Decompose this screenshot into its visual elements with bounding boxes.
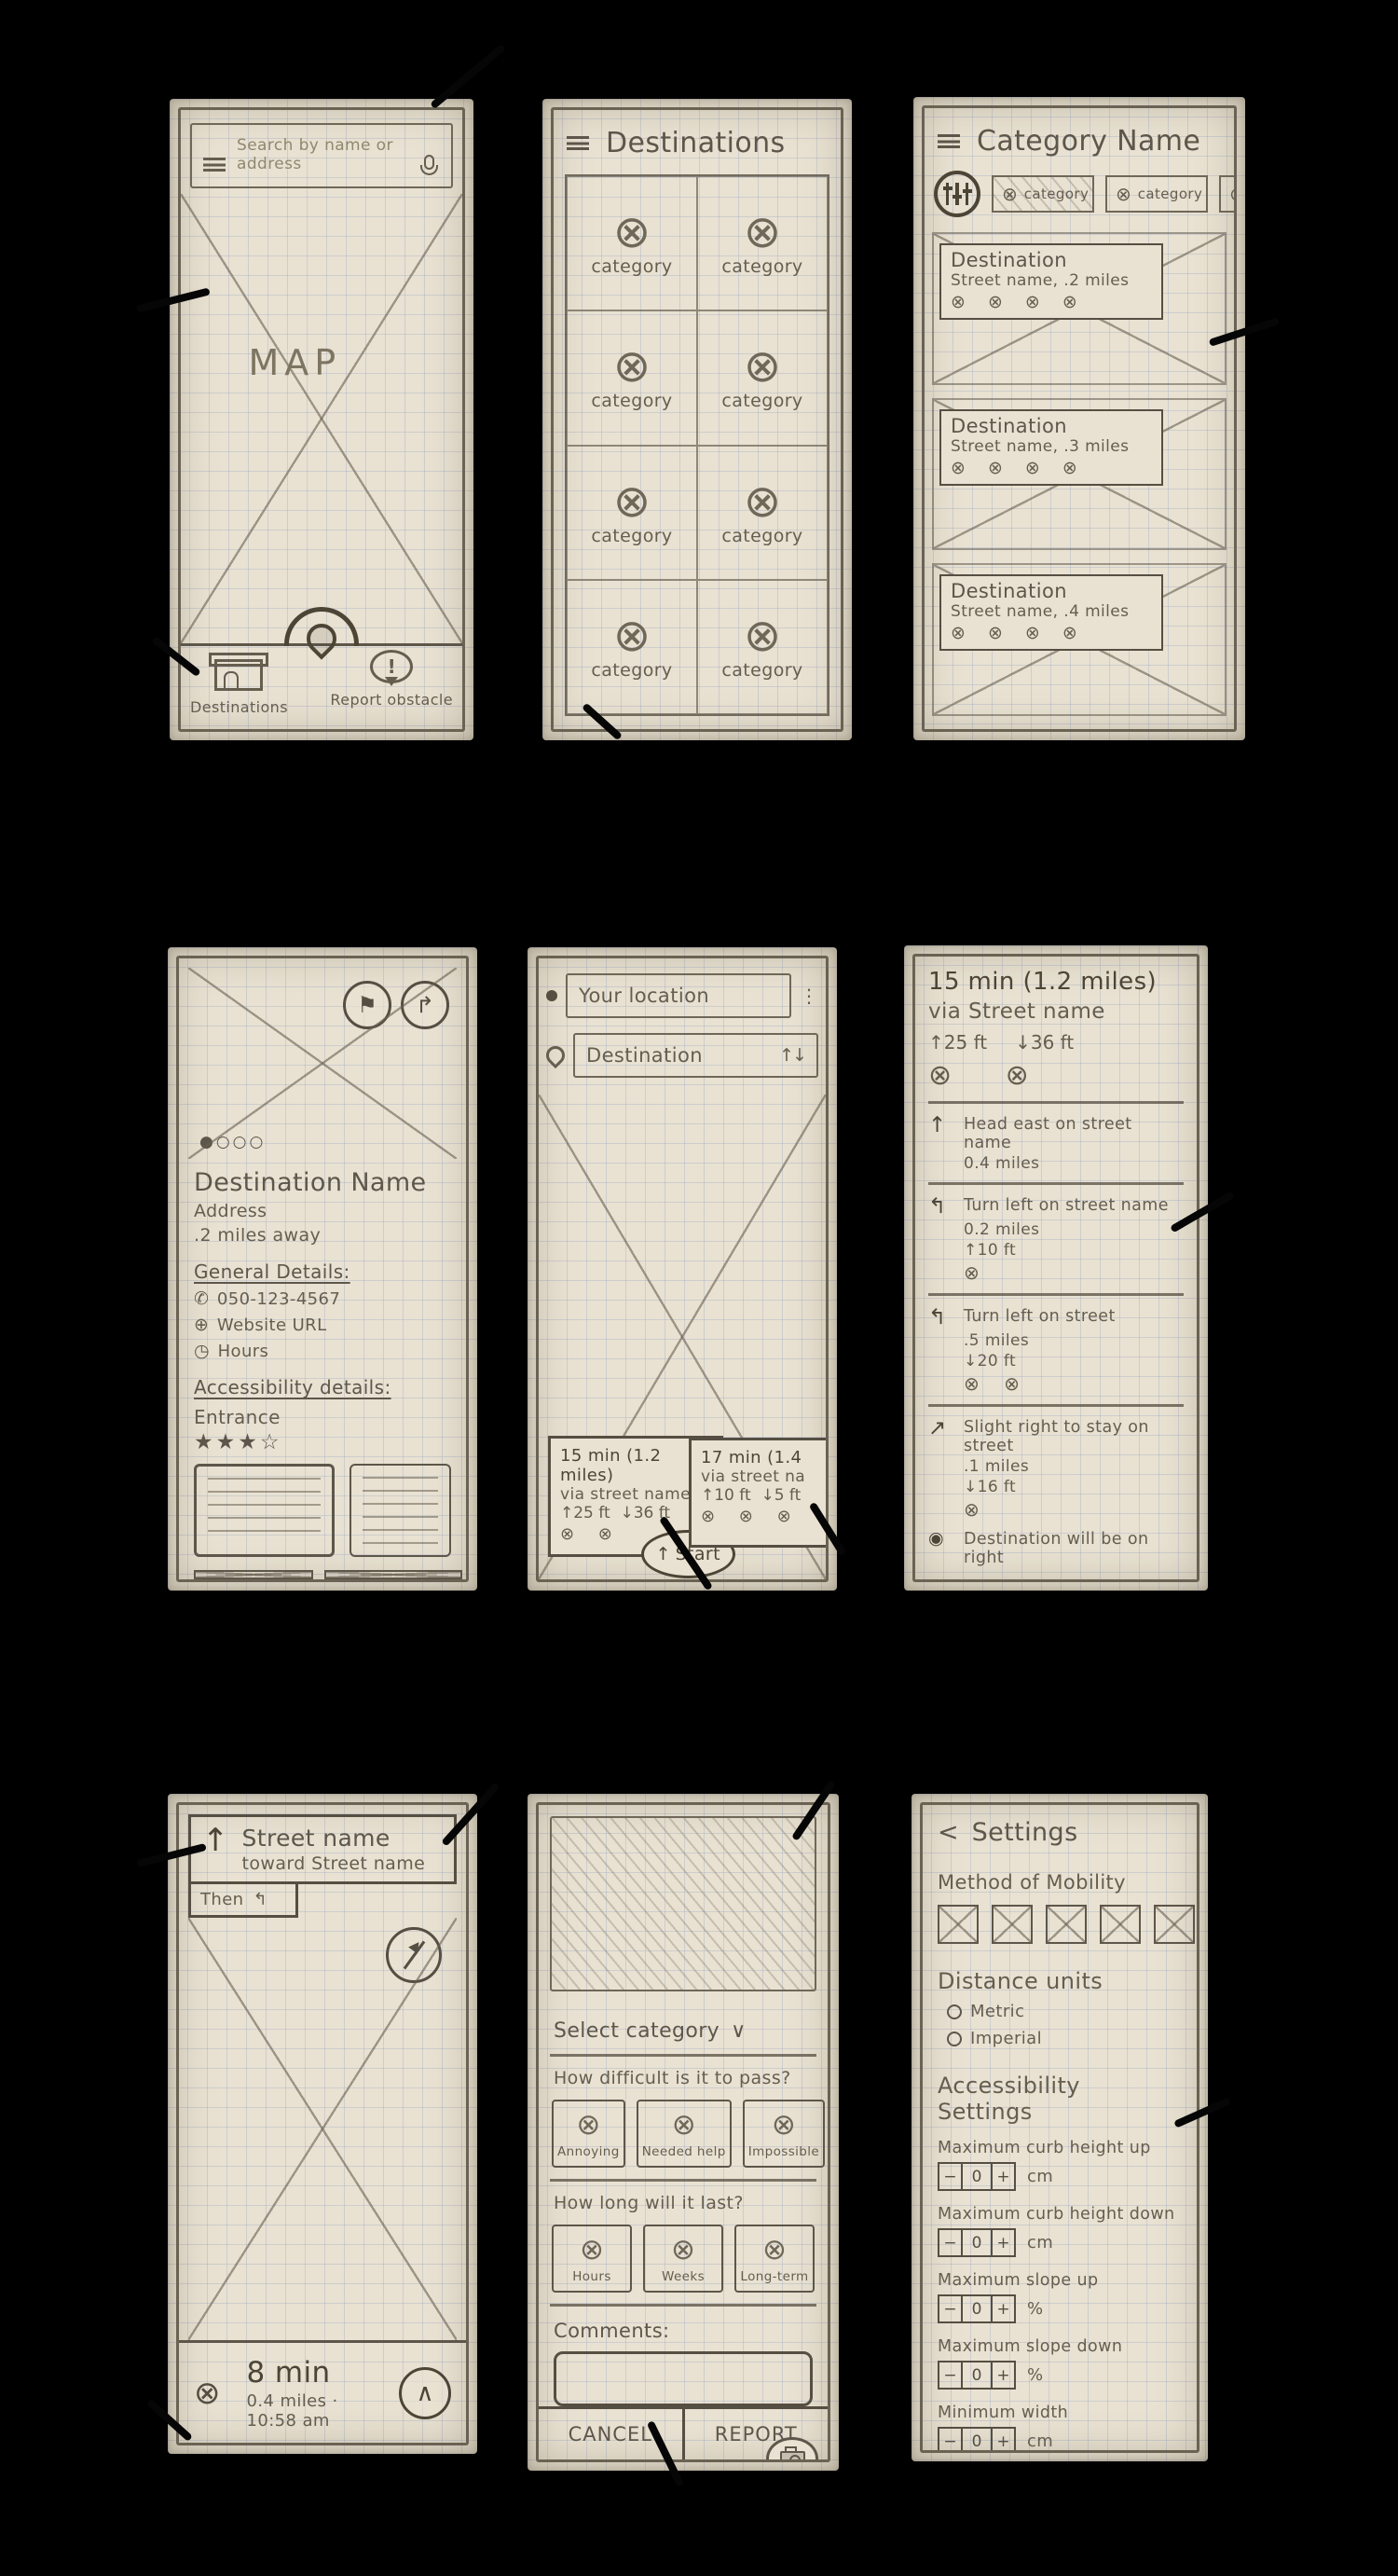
step-distance: .1 miles [964,1457,1184,1476]
chip-icon: ⊗ [1116,185,1131,203]
increment-button[interactable]: + [991,2361,1016,2390]
direction-step: ↰Turn left on street name 0.2 miles ↑10 … [928,1194,1184,1284]
destination-name: Destination [951,415,1152,437]
mobility-option-checkbox[interactable] [938,1905,979,1944]
origin-dot-icon [546,990,557,1001]
option-icon: ⊗ [762,2236,787,2265]
maneuver-icon: ↰ [928,1305,954,1329]
decrement-button[interactable]: − [938,2294,963,2323]
category-chip[interactable]: ⊗category [1219,175,1237,213]
microphone-icon[interactable] [424,155,434,170]
header: Category Name [925,108,1234,163]
category-tile[interactable]: ⊗category [567,580,697,714]
comments-label: Comments: [554,2320,813,2342]
radio-icon[interactable] [947,2004,962,2019]
difficulty-options: ⊗Annoying ⊗Needed help ⊗Impossible [552,2100,815,2168]
destination-meta: Street name, .4 miles [951,602,1152,621]
field-label: Minimum width [938,2404,1182,2422]
results-list: Destination Street name, .2 miles ⊗ ⊗ ⊗ … [925,221,1234,729]
tab-report-obstacle[interactable]: ! Report obstacle [330,650,453,709]
destination-name: Destination Name [194,1168,451,1197]
unit-label: Metric [970,2002,1024,2021]
category-icon: ⊗ [613,344,651,389]
units-heading: Distance units [938,1968,1182,1994]
destinations-building-icon [214,659,263,691]
recenter-button[interactable]: ∧ [399,2367,451,2419]
route-time: 17 min (1.4 [701,1448,829,1467]
compass-icon[interactable] [386,1927,442,1983]
option-label: Hours [572,2269,611,2284]
category-tile[interactable]: ⊗category [567,176,697,310]
category-tile[interactable]: ⊗category [697,446,828,580]
category-tile[interactable]: ⊗category [697,176,828,310]
stepper-value: 0 [963,2228,991,2257]
phone-frame: Select category ∨ How difficult is it to… [536,1802,830,2462]
photo-thumbnail[interactable] [194,1570,313,1579]
destination-card[interactable]: Destination Street name, .4 miles ⊗ ⊗ ⊗ … [939,574,1163,651]
decrement-button[interactable]: − [938,2427,963,2453]
page-title: Settings [972,1818,1078,1847]
duration-option[interactable]: ⊗Hours [552,2225,632,2293]
filter-chip-row: ⊗category ⊗category ⊗category [925,163,1234,221]
filter-icon[interactable] [934,171,980,217]
unit-suffix: % [1027,2365,1044,2385]
comments-textarea[interactable] [554,2351,813,2406]
photo-strip [194,1570,466,1579]
chevron-up-icon: ∧ [416,2379,433,2407]
phone-frame: < Settings Method of Mobility Distance u… [920,1802,1199,2453]
flag-glyph: ⚑ [357,992,377,1018]
field-label: Maximum curb height up [938,2139,1182,2157]
step-distance: 0.2 miles [964,1220,1184,1239]
swap-icon[interactable]: ↑↓ [779,1045,805,1066]
accessibility-heading: Accessibility Settings [938,2073,1182,2125]
menu-icon[interactable] [938,134,960,148]
mobility-option-checkbox[interactable] [1100,1905,1141,1944]
elevation-up: ↑10 ft [701,1486,751,1505]
destination-dot-icon: ◉ [928,1528,954,1549]
website-label: Website URL [217,1316,327,1335]
unit-label: Imperial [970,2029,1042,2048]
stepper-value: 0 [963,2162,991,2191]
summary-via: via Street name [928,999,1184,1024]
mobility-options [938,1905,1195,1944]
phone-frame: Your location ⋮ Destination ↑↓ 15 min (1… [536,956,829,1582]
divider [550,2304,816,2307]
slope-up-stepper: −0+ % [938,2294,1182,2323]
general-details-heading: General Details: [194,1260,451,1283]
elevation-down: ↓36 ft [1015,1031,1074,1054]
divider [550,2054,816,2057]
difficulty-option[interactable]: ⊗Impossible [743,2100,825,2168]
end-navigation-icon[interactable]: ⊗ [194,2375,221,2412]
accessibility-icons: ⊗ ⊗ ⊗ ⊗ [951,292,1152,312]
option-label: Long-term [740,2269,808,2284]
radio-icon[interactable] [947,2032,962,2046]
then-maneuver: Then ↰ [188,1884,298,1918]
camera-icon [780,2451,805,2463]
category-icon: ⊗ [613,210,651,255]
report-obstacle-icon: ! [370,650,413,683]
step-text: Head east on street name [964,1113,1184,1152]
menu-icon[interactable] [567,136,589,150]
summary-obstacle-icons: ⊗ ⊗ [928,1059,1184,1092]
trip-summary: 8 min 0.4 miles · 10:58 am [234,2356,387,2431]
tab-destinations-label: Destinations [190,698,288,716]
destination-pin-icon [542,1042,569,1068]
chip-label: category [1024,186,1090,202]
stepper-value: 0 [963,2427,991,2453]
category-grid: ⊗category ⊗category ⊗category ⊗category … [565,174,829,716]
star-rating: ★★★☆ [194,1430,451,1454]
navigation-map[interactable] [188,1918,457,2340]
exclamation-glyph: ! [388,655,396,678]
destination-value: Destination [586,1044,703,1067]
category-tile[interactable]: ⊗category [567,446,697,580]
category-select[interactable]: Select category ∨ [554,2019,813,2043]
step-text: Turn left on street [964,1305,1116,1326]
screen-settings: < Settings Method of Mobility Distance u… [911,1794,1208,2461]
step-obstacles: ⊗ [964,1261,1184,1284]
navigation-bottom-bar: ⊗ 8 min 0.4 miles · 10:58 am ∧ [179,2340,466,2443]
directions-wrap: 15 min (1.2 miles) via Street name ↑25 f… [915,957,1197,1579]
mobility-option-checkbox[interactable] [1046,1905,1087,1944]
unit-suffix: cm [1027,2431,1053,2451]
review-row [194,1464,451,1557]
step-obstacles: ⊗ [964,1498,1184,1521]
result-image: Destination Street name, .3 miles ⊗ ⊗ ⊗ … [932,398,1227,551]
directions-buttons: Start Show map [928,1580,1184,1582]
phone-frame: Destinations ⊗category ⊗category ⊗catego… [551,107,843,732]
elevation-down: ↓5 ft [761,1486,801,1505]
page-title: Category Name [977,125,1200,158]
category-chip-selected[interactable]: ⊗category [992,175,1094,213]
category-tile[interactable]: ⊗category [567,310,697,445]
duration-question: How long will it last? [554,2193,813,2213]
phone-number: 050-123-4567 [217,1289,340,1309]
unit-suffix: cm [1027,2233,1053,2252]
destination-card[interactable]: Destination Street name, .2 miles ⊗ ⊗ ⊗ … [939,243,1163,320]
result-image: Destination Street name, .4 miles ⊗ ⊗ ⊗ … [932,563,1227,716]
increment-button[interactable]: + [991,2427,1016,2453]
phone-frame: ↑ Street name toward Street name Then ↰ … [176,1802,469,2445]
chip-label: category [1138,186,1203,202]
origin-value: Your location [579,985,709,1007]
category-select-label: Select category [554,2019,720,2043]
divider [928,1182,1184,1185]
settings-wrap: < Settings Method of Mobility Distance u… [923,1805,1197,2450]
category-icon: ⊗ [613,479,651,524]
destination-card[interactable]: Destination Street name, .3 miles ⊗ ⊗ ⊗ … [939,409,1163,486]
option-icon: ⊗ [772,2111,796,2140]
instruction-toward: toward Street name [242,1853,426,1874]
destination-name: Destination [951,580,1152,602]
category-label: category [591,526,672,546]
category-icon: ⊗ [744,613,781,658]
step-obstacles: ⊗ ⊗ [964,1372,1184,1395]
search-bar[interactable]: Search by name or address [190,123,453,188]
screen-destination-detail: ⚑ ↱ ●○○○ Destination Name Address .2 mil… [168,947,477,1591]
then-label: Then [200,1890,244,1909]
eta-details: 0.4 miles · 10:58 am [247,2391,387,2431]
increment-button[interactable]: + [991,2162,1016,2191]
bottom-tab-bar: Destinations ! Report obstacle [181,643,462,729]
destination-address: Address [194,1201,451,1221]
destination-meta: Street name, .3 miles [951,437,1152,456]
direction-step-final: ◉Destination will be on right [928,1528,1184,1567]
maneuver-icon: ↰ [928,1194,954,1219]
result-image: Destination Street name, .2 miles ⊗ ⊗ ⊗ … [932,232,1227,385]
option-label: Annoying [557,2144,620,2159]
hours-label: Hours [218,1342,269,1361]
min-width-stepper: −0+ cm [938,2427,1182,2453]
step-distance: 0.4 miles [964,1154,1184,1173]
hero-buttons: ⚑ ↱ [343,981,449,1029]
decrement-button[interactable]: − [938,2162,963,2191]
option-icon: ⊗ [580,2236,604,2265]
category-label: category [591,391,672,411]
review-card [349,1464,451,1557]
tab-destinations[interactable]: Destinations [190,650,288,716]
map-label: MAP [248,342,341,383]
step-text: Slight right to stay on street [964,1416,1184,1455]
divider [550,2179,816,2182]
maneuver-icon: ↗ [928,1416,954,1440]
divider [928,1404,1184,1407]
website-row[interactable]: ⊕Website URL [194,1315,451,1335]
category-label: category [721,526,802,546]
wireframe-sketch-board: Search by name or address MAP Destinatio… [0,0,1398,2576]
search-placeholder: Search by name or address [237,136,413,173]
summary-time: 15 min (1.2 miles) [928,968,1184,996]
route-via: via street na [701,1467,829,1486]
divider [928,1101,1184,1104]
unit-suffix: % [1027,2299,1044,2319]
mobility-heading: Method of Mobility [938,1871,1182,1894]
duration-option[interactable]: ⊗Weeks [643,2225,723,2293]
unit-option-metric[interactable]: Metric [947,2002,1182,2021]
category-icon: ⊗ [744,210,781,255]
difficulty-question: How difficult is it to pass? [554,2068,813,2088]
option-label: Weeks [662,2269,705,2284]
field-label: Maximum slope down [938,2337,1182,2356]
category-label: category [591,660,672,681]
instruction-street: Street name [242,1825,426,1852]
decrement-button[interactable]: − [938,2228,963,2257]
screen-map-home: Search by name or address MAP Destinatio… [170,99,473,740]
phone-frame: 15 min (1.2 miles) via Street name ↑25 f… [912,954,1199,1582]
unit-suffix: cm [1027,2167,1053,2186]
elevation-up: ↑25 ft [928,1031,987,1054]
obstacle-icons: ⊗ ⊗ ⊗ [701,1507,829,1526]
duration-option[interactable]: ⊗Long-term [734,2225,815,2293]
step-elevation: ↑10 ft [964,1241,1184,1260]
unit-option-imperial[interactable]: Imperial [947,2029,1182,2048]
option-label: Needed help [642,2144,726,2159]
instruction-banner: ↑ Street name toward Street name [188,1814,457,1884]
direction-step: ↗Slight right to stay on street .1 miles… [928,1416,1184,1521]
review-text-lines [363,1477,438,1544]
screen-route-planning: Your location ⋮ Destination ↑↓ 15 min (1… [528,947,837,1591]
decrement-button[interactable]: − [938,2361,963,2390]
destination-distance: .2 miles away [194,1225,451,1246]
category-icon: ⊗ [744,344,781,389]
stepper-value: 0 [963,2294,991,2323]
settings-header: < Settings [938,1818,1182,1847]
review-card [194,1464,335,1557]
phone-frame: Category Name ⊗category ⊗category ⊗categ… [922,105,1237,732]
photo-carousel: ⚑ ↱ ●○○○ [188,968,457,1159]
directions-icon[interactable]: ↱ [401,981,449,1029]
destination-row: Destination ↑↓ [539,1033,826,1078]
accessibility-icons: ⊗ ⊗ ⊗ ⊗ [951,458,1152,478]
more-options-icon[interactable]: ⋮ [800,985,818,1007]
phone-frame: ⚑ ↱ ●○○○ Destination Name Address .2 mil… [176,956,469,1582]
turn-left-icon: ↰ [254,1890,267,1909]
option-label: Impossible [748,2144,819,2159]
step-distance: .5 miles [964,1331,1184,1350]
menu-icon[interactable] [203,158,226,172]
step-text: Destination will be on right [964,1528,1184,1567]
eta-time: 8 min [247,2356,387,2390]
option-icon: ⊗ [576,2111,600,2140]
field-label: Maximum curb height down [938,2205,1182,2224]
option-icon: ⊗ [671,2236,695,2265]
map-canvas[interactable]: MAP [181,194,462,643]
category-icon: ⊗ [744,479,781,524]
category-label: category [721,256,802,277]
chip-icon: ⊗ [1002,185,1018,203]
route-card-alt[interactable]: 17 min (1.4 via street na ↑10 ft ↓5 ft ⊗… [689,1438,829,1548]
back-chevron-icon[interactable]: < [938,1818,959,1847]
duration-options: ⊗Hours ⊗Weeks ⊗Long-term [552,2225,815,2293]
origin-input[interactable]: Your location [566,973,791,1018]
globe-icon: ⊕ [194,1315,209,1335]
route-elevation: ↑10 ft ↓5 ft [701,1486,829,1505]
field-label: Maximum slope up [938,2271,1182,2290]
stepper-value: 0 [963,2361,991,2390]
review-text-lines [208,1478,321,1543]
screen-navigation: ↑ Street name toward Street name Then ↰ … [168,1794,477,2454]
screen-category-results: Category Name ⊗category ⊗category ⊗categ… [913,97,1245,740]
category-tile[interactable]: ⊗category [697,310,828,445]
destination-meta: Street name, .2 miles [951,271,1152,290]
option-icon: ⊗ [672,2111,696,2140]
caret-down-icon: ∨ [731,2019,746,2043]
category-tile[interactable]: ⊗category [697,580,828,714]
direction-step: ↰Turn left on street .5 miles ↓20 ft ⊗ ⊗ [928,1305,1184,1395]
obstacle-photo-area[interactable] [550,1816,816,1991]
photo-thumbnail[interactable] [324,1570,462,1579]
detail-body: Destination Name Address .2 miles away G… [179,1159,466,1454]
phone-icon: ✆ [194,1288,209,1309]
curb-down-stepper: −0+ cm [938,2228,1182,2257]
step-text: Turn left on street name [964,1194,1169,1215]
screen-report-obstacle: Select category ∨ How difficult is it to… [528,1794,839,2471]
screen-destinations: Destinations ⊗category ⊗category ⊗catego… [542,99,852,740]
increment-button[interactable]: + [991,2228,1016,2257]
header: Destinations [554,110,841,165]
destination-name: Destination [951,249,1152,271]
summary-elevation: ↑25 ft ↓36 ft [928,1031,1184,1054]
difficulty-option[interactable]: ⊗Needed help [637,2100,732,2168]
page-title: Destinations [606,127,786,159]
difficulty-option[interactable]: ⊗Annoying [552,2100,625,2168]
chip-icon: ⊗ [1229,185,1237,203]
phone-row[interactable]: ✆050-123-4567 [194,1288,451,1309]
tab-report-label: Report obstacle [330,691,453,709]
accessibility-heading: Accessibility details: [194,1376,451,1398]
screen-directions-list: 15 min (1.2 miles) via Street name ↑25 f… [904,945,1208,1591]
category-label: category [591,256,672,277]
mobility-option-checkbox[interactable] [992,1905,1033,1944]
start-arrow-icon: ↑ [656,1544,671,1564]
flag-icon[interactable]: ⚑ [343,981,391,1029]
directions-glyph: ↱ [416,992,434,1018]
origin-row: Your location ⋮ [539,973,826,1018]
category-label: category [721,660,802,681]
category-chip[interactable]: ⊗category [1105,175,1208,213]
entrance-label: Entrance [194,1406,451,1428]
maneuver-icon: ↑ [928,1113,954,1137]
destination-input[interactable]: Destination ↑↓ [573,1033,818,1078]
mobility-option-checkbox[interactable] [1154,1905,1195,1944]
up-arrow-icon: ↑ [202,1825,229,1856]
elevation-up: ↑25 ft [560,1504,610,1522]
phone-frame: Search by name or address MAP Destinatio… [178,107,465,732]
category-label: category [721,391,802,411]
step-elevation: ↓20 ft [964,1352,1184,1371]
show-map-button[interactable]: Show map [1044,1580,1184,1582]
direction-step: ↑Head east on street name 0.4 miles [928,1113,1184,1173]
accessibility-icons: ⊗ ⊗ ⊗ ⊗ [951,623,1152,643]
hours-row[interactable]: ◷Hours [194,1341,451,1361]
carousel-dots: ●○○○ [199,1133,266,1151]
curb-up-stepper: −0+ cm [938,2162,1182,2191]
step-elevation: ↓16 ft [964,1478,1184,1496]
increment-button[interactable]: + [991,2294,1016,2323]
category-icon: ⊗ [613,613,651,658]
slope-down-stepper: −0+ % [938,2361,1182,2390]
divider [928,1293,1184,1296]
clock-icon: ◷ [194,1341,210,1361]
